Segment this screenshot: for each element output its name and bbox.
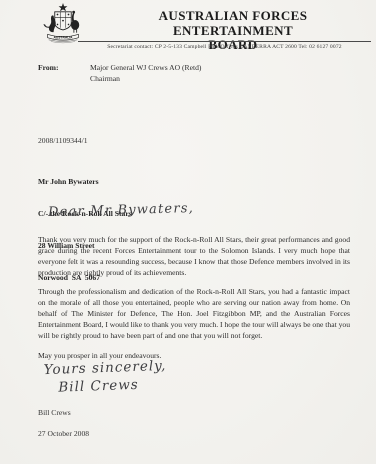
sender-name: Major General WJ Crews AO (Retd) [90,63,201,74]
body-paragraph-2: Through the professionalism and dedicati… [38,286,350,341]
recipient-name: Mr John Bywaters [38,177,132,188]
from-details: Major General WJ Crews AO (Retd) Chairma… [90,63,201,84]
logo-banner-text: AUSTRALIA [53,35,73,39]
letterhead-title-line1: AUSTRALIAN FORCES ENTERTAINMENT [98,9,368,38]
from-block: From: Major General WJ Crews AO (Retd) C… [38,63,201,84]
letter-date: 27 October 2008 [38,429,89,438]
sender-title: Chairman [90,74,201,85]
typed-sender-name: Bill Crews [38,408,71,417]
emu-icon [71,11,79,33]
handwritten-salutation: Dear Mr Bywaters, [48,201,194,220]
letterhead-divider [78,41,371,42]
secretariat-contact-line: Secretariat contact: CP 2-5-133 Campbell… [78,44,371,50]
commonwealth-star-icon [59,3,68,11]
file-reference: 2008/1109344/1 [38,136,88,145]
kangaroo-icon [43,15,55,32]
from-label: From: [38,63,90,84]
handwritten-signature: Yours sincerely, Bill Crews [43,357,167,397]
letter-page: AUSTRALIA AUSTRALIAN FORCES ENTERTAINMEN… [0,0,376,464]
signature-name-script: Bill Crews [58,375,167,397]
recipient-address: Mr John Bywaters C/- the Rock-n-Roll All… [38,156,132,304]
body-paragraph-1: Thank you very much for the support of t… [38,234,350,278]
